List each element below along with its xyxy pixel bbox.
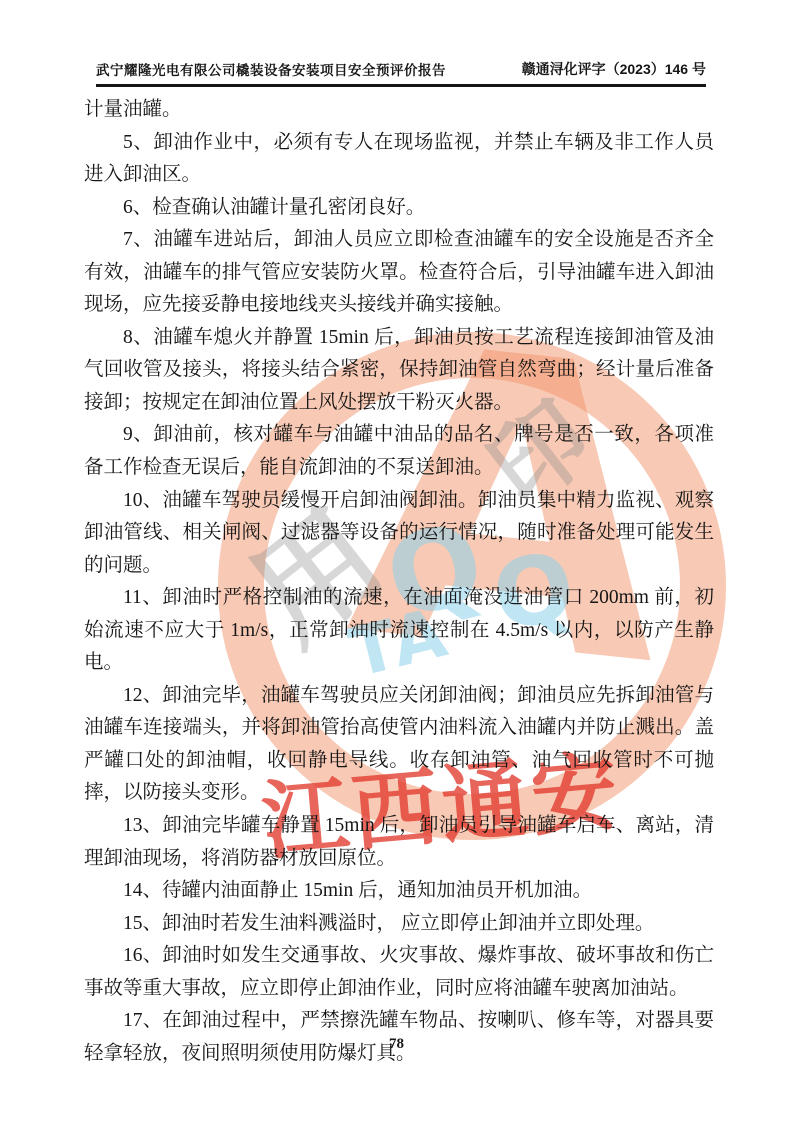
document-number: 赣通浔化评字（2023）146 号 xyxy=(522,59,706,79)
body-paragraph: 13、卸油完毕罐车静置 15min 后，卸油员引导油罐车启车、离站，清理卸油现场… xyxy=(84,810,714,875)
body-paragraph: 14、待罐内油面静止 15min 后，通知加油员开机加油。 xyxy=(84,875,714,908)
body-paragraph: 8、油罐车熄火并静置 15min 后，卸油员按工艺流程连接卸油管及油气回收管及接… xyxy=(84,322,714,420)
report-title: 武宁耀隆光电有限公司橇装设备安装项目安全预评价报告 xyxy=(96,59,446,79)
body-paragraph: 11、卸油时严格控制油的流速，在油面淹没进油管口 200mm 前，初始流速不应大… xyxy=(84,582,714,680)
body-paragraph: 9、卸油前，核对罐车与油罐中油品的品名、牌号是否一致，各项准备工作检查无误后，能… xyxy=(84,419,714,484)
body-paragraph: 10、油罐车驾驶员缓慢开启卸油阀卸油。卸油员集中精力监视、观察卸油管线、相关闸阀… xyxy=(84,485,714,583)
body-paragraph: 5、卸油作业中，必须有专人在现场监视，并禁止车辆及非工作人员进入卸油区。 xyxy=(84,127,714,192)
body-paragraph: 7、油罐车进站后，卸油人员应立即检查油罐车的安全设施是否齐全有效，油罐车的排气管… xyxy=(84,224,714,322)
body-paragraph: 12、卸油完毕，油罐车驾驶员应关闭卸油阀；卸油员应先拆卸油管与油罐车连接端头，并… xyxy=(84,680,714,810)
page-header: 武宁耀隆光电有限公司橇装设备安装项目安全预评价报告 赣通浔化评字（2023）14… xyxy=(96,59,706,87)
body-paragraph: 计量油罐。 xyxy=(84,94,714,127)
body-text: 计量油罐。 5、卸油作业中，必须有专人在现场监视，并禁止车辆及非工作人员进入卸油… xyxy=(84,94,714,1070)
body-paragraph: 6、检查确认油罐计量孔密闭良好。 xyxy=(84,192,714,225)
body-paragraph: 15、卸油时若发生油料溅溢时， 应立即停止卸油并立即处理。 xyxy=(84,908,714,941)
document-page: A 用 印 Q Q TA 江西通安 武宁耀隆光电有限公司橇装设备安装项目安全预评… xyxy=(0,0,793,1122)
body-paragraph: 16、卸油时如发生交通事故、火灾事故、爆炸事故、破坏事故和伤亡事故等重大事故，应… xyxy=(84,940,714,1005)
page-number: 78 xyxy=(0,1036,793,1053)
